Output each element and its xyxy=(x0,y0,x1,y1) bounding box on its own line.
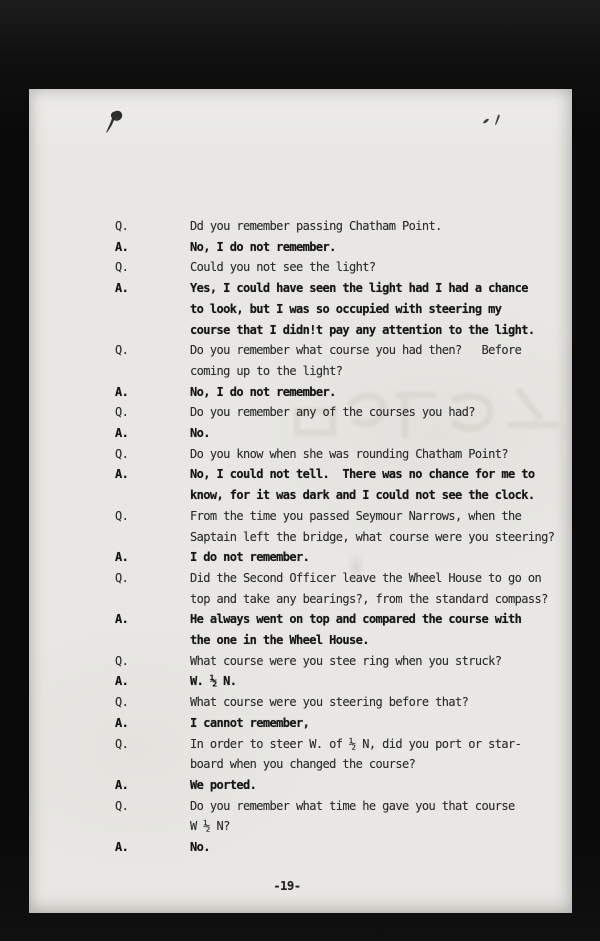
qa-row: A. He always went on top and compared th… xyxy=(115,609,565,650)
transcript-line: to look, but I was so occupied with stee… xyxy=(190,299,565,320)
transcript-line: Do you remember what course you had then… xyxy=(190,340,565,361)
speaker-label: A. xyxy=(115,837,190,858)
transcript-line: Dd you remember passing Chatham Point. xyxy=(190,216,565,237)
transcript: Q. Dd you remember passing Chatham Point… xyxy=(115,216,565,858)
transcript-line: Do you remember any of the courses you h… xyxy=(190,402,565,423)
qa-row: A. No, I could not tell. There was no ch… xyxy=(115,464,565,505)
qa-row: A. I cannot remember, xyxy=(115,713,565,734)
qa-row: A. W. ½ N. xyxy=(115,671,565,692)
qa-row: Q. What course were you steering before … xyxy=(115,692,565,713)
qa-lines: Yes, I could have seen the light had I h… xyxy=(190,278,565,340)
qa-row: Q. Did the Second Officer leave the Whee… xyxy=(115,568,565,609)
transcript-line: W. ½ N. xyxy=(190,671,565,692)
speaker-label: A. xyxy=(115,713,190,734)
transcript-line: Do you know when she was rounding Chatha… xyxy=(190,444,565,465)
qa-lines: No, I do not remember. xyxy=(190,237,565,258)
qa-lines: No. xyxy=(190,423,565,444)
transcript-line: What course were you stee ring when you … xyxy=(190,651,565,672)
qa-row: A. I do not remember. xyxy=(115,547,565,568)
qa-lines: What course were you stee ring when you … xyxy=(190,651,565,672)
qa-row: Q. Dd you remember passing Chatham Point… xyxy=(115,216,565,237)
qa-lines: Dd you remember passing Chatham Point. xyxy=(190,216,565,237)
qa-row: Q. What course were you stee ring when y… xyxy=(115,651,565,672)
speaker-label: A. xyxy=(115,671,190,692)
transcript-line: I do not remember. xyxy=(190,547,565,568)
qa-lines: I cannot remember, xyxy=(190,713,565,734)
speaker-label: A. xyxy=(115,423,190,444)
qa-row: A. No, I do not remember. xyxy=(115,382,565,403)
speaker-label: Q. xyxy=(115,340,190,361)
speaker-label: A. xyxy=(115,547,190,568)
transcript-line: What course were you steering before tha… xyxy=(190,692,565,713)
transcript-line: I cannot remember, xyxy=(190,713,565,734)
transcript-line: From the time you passed Seymour Narrows… xyxy=(190,506,565,527)
qa-lines: No, I could not tell. There was no chanc… xyxy=(190,464,565,505)
speaker-label: Q. xyxy=(115,568,190,589)
qa-lines: Do you remember what course you had then… xyxy=(190,340,565,381)
qa-lines: No. xyxy=(190,837,565,858)
transcript-line: In order to steer W. of ½ N, did you por… xyxy=(190,734,565,755)
speaker-label: Q. xyxy=(115,692,190,713)
speaker-label: A. xyxy=(115,382,190,403)
page-number: -19- xyxy=(263,879,311,893)
transcript-line: He always went on top and compared the c… xyxy=(190,609,565,630)
qa-lines: In order to steer W. of ½ N, did you por… xyxy=(190,734,565,775)
qa-row: Q. Do you know when she was rounding Cha… xyxy=(115,444,565,465)
transcript-line: board when you changed the course? xyxy=(190,754,565,775)
qa-lines: He always went on top and compared the c… xyxy=(190,609,565,650)
qa-lines: I do not remember. xyxy=(190,547,565,568)
qa-lines: Did the Second Officer leave the Wheel H… xyxy=(190,568,565,609)
transcript-line: course that I didn!t pay any attention t… xyxy=(190,320,565,341)
qa-row: Q. In order to steer W. of ½ N, did you … xyxy=(115,734,565,775)
speaker-label: Q. xyxy=(115,402,190,423)
qa-row: Q. Do you remember what course you had t… xyxy=(115,340,565,381)
transcript-line: top and take any bearings?, from the sta… xyxy=(190,589,565,610)
qa-row: Q. From the time you passed Seymour Narr… xyxy=(115,506,565,547)
qa-lines: Could you not see the light? xyxy=(190,257,565,278)
transcript-line: Did the Second Officer leave the Wheel H… xyxy=(190,568,565,589)
speaker-label: Q. xyxy=(115,651,190,672)
transcript-line: W ½ N? xyxy=(190,816,565,837)
qa-lines: No, I do not remember. xyxy=(190,382,565,403)
transcript-line: Yes, I could have seen the light had I h… xyxy=(190,278,565,299)
transcript-line: Saptain left the bridge, what course wer… xyxy=(190,527,565,548)
qa-row: A. No. xyxy=(115,423,565,444)
qa-lines: Do you know when she was rounding Chatha… xyxy=(190,444,565,465)
speaker-label: Q. xyxy=(115,444,190,465)
qa-row: A. No. xyxy=(115,837,565,858)
qa-lines: We ported. xyxy=(190,775,565,796)
transcript-line: Could you not see the light? xyxy=(190,257,565,278)
speaker-label: Q. xyxy=(115,796,190,817)
qa-row: A. No, I do not remember. xyxy=(115,237,565,258)
qa-lines: W. ½ N. xyxy=(190,671,565,692)
scan-frame: Q. Dd you remember passing Chatham Point… xyxy=(0,0,600,941)
speaker-label: Q. xyxy=(115,257,190,278)
qa-row: Q. Do you remember what time he gave you… xyxy=(115,796,565,837)
transcript-line: the one in the Wheel House. xyxy=(190,630,565,651)
speaker-label: A. xyxy=(115,237,190,258)
speaker-label: A. xyxy=(115,278,190,299)
qa-row: Q. Do you remember any of the courses yo… xyxy=(115,402,565,423)
speaker-label: A. xyxy=(115,775,190,796)
qa-lines: From the time you passed Seymour Narrows… xyxy=(190,506,565,547)
transcript-line: No. xyxy=(190,837,565,858)
qa-row: A. Yes, I could have seen the light had … xyxy=(115,278,565,340)
speaker-label: A. xyxy=(115,609,190,630)
transcript-line: Do you remember what time he gave you th… xyxy=(190,796,565,817)
speaker-label: Q. xyxy=(115,216,190,237)
transcript-line: know, for it was dark and I could not se… xyxy=(190,485,565,506)
qa-row: Q. Could you not see the light? xyxy=(115,257,565,278)
transcript-line: coming up to the light? xyxy=(190,361,565,382)
transcript-line: We ported. xyxy=(190,775,565,796)
speaker-label: A. xyxy=(115,464,190,485)
qa-lines: Do you remember any of the courses you h… xyxy=(190,402,565,423)
transcript-line: No, I do not remember. xyxy=(190,237,565,258)
transcript-line: No. xyxy=(190,423,565,444)
qa-row: A. We ported. xyxy=(115,775,565,796)
ink-blot-mark xyxy=(103,109,125,135)
document-page: Q. Dd you remember passing Chatham Point… xyxy=(29,89,572,913)
qa-lines: What course were you steering before tha… xyxy=(190,692,565,713)
speaker-label: Q. xyxy=(115,506,190,527)
ink-speck-marks xyxy=(479,113,507,129)
transcript-line: No, I could not tell. There was no chanc… xyxy=(190,464,565,485)
transcript-line: No, I do not remember. xyxy=(190,382,565,403)
speaker-label: Q. xyxy=(115,734,190,755)
qa-lines: Do you remember what time he gave you th… xyxy=(190,796,565,837)
